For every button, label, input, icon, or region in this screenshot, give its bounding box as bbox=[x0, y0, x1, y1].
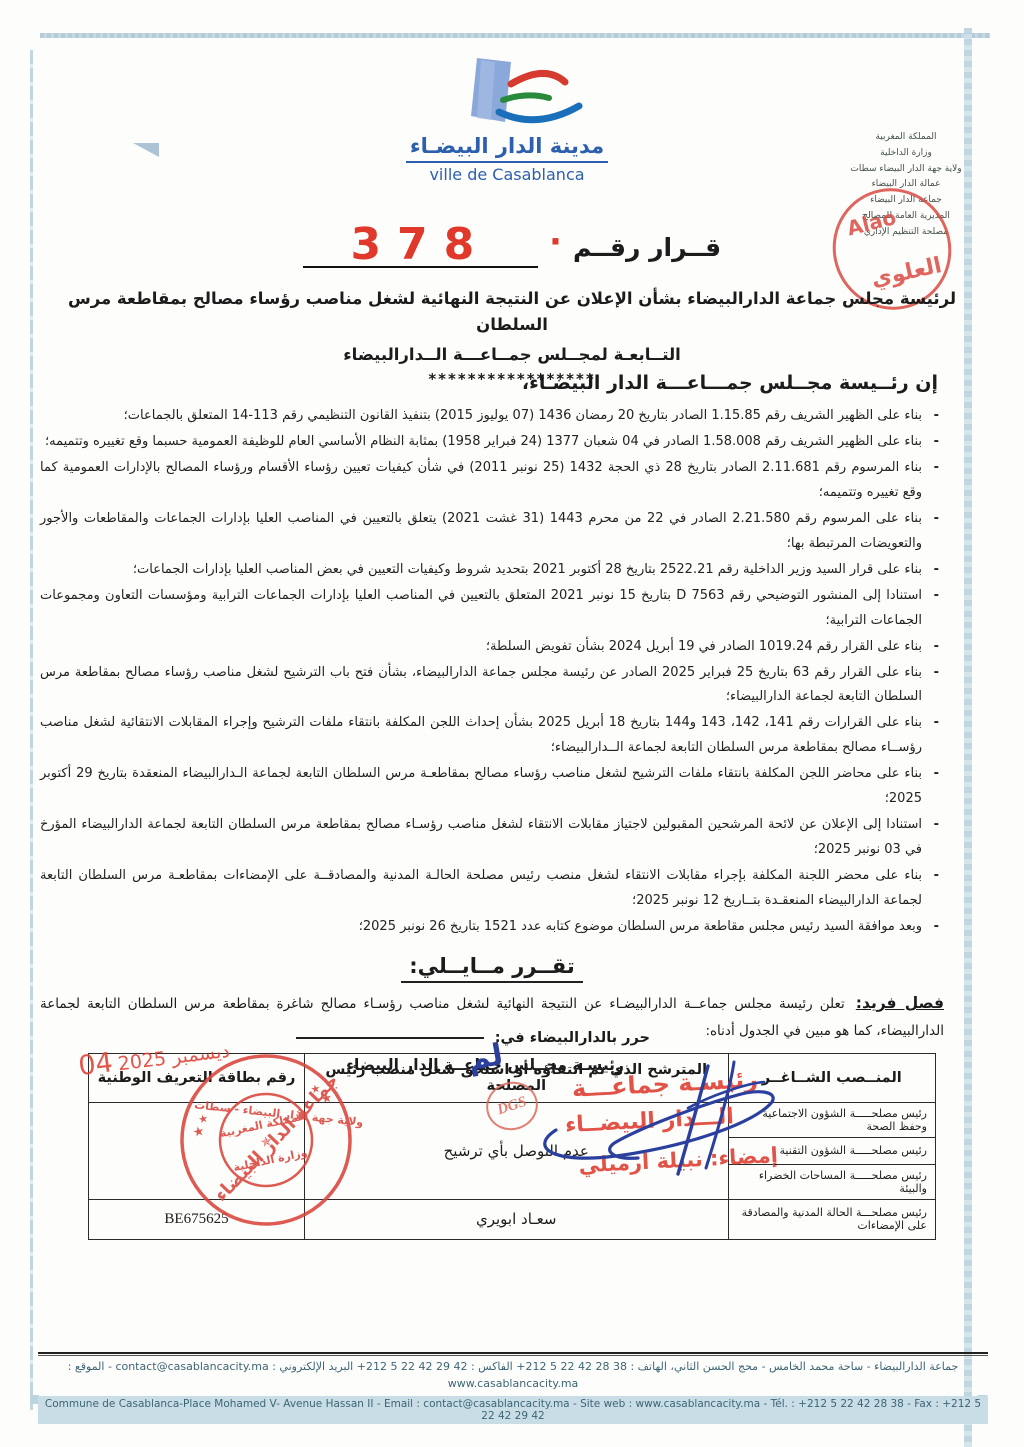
consideration-item: بناء على الظهير الشريف رقم 1.15.85 الصاد… bbox=[40, 404, 922, 429]
decree-heading: تقــرر مــايــلي: bbox=[40, 954, 944, 978]
consideration-item: بناء على المرسوم رقم 2.21.580 الصادر في … bbox=[40, 507, 922, 557]
svg-text:★: ★ bbox=[197, 1112, 209, 1127]
footer-contact-french: Commune de Casablanca-Place Mohamed V- A… bbox=[38, 1396, 988, 1424]
consideration-item: بناء على قرار السيد وزير الداخلية رقم 25… bbox=[40, 558, 922, 583]
consideration-item: وبعد موافقة السيد رئيس مجلس مقاطعة مرس ا… bbox=[40, 915, 922, 940]
casablanca-logo-icon bbox=[407, 56, 607, 134]
title-line-1: لرئيسة مجلس جماعة الدارالبيضاء بشأن الإع… bbox=[60, 286, 964, 339]
date-stamp-day: 04 bbox=[77, 1047, 115, 1082]
logo-city-name-arabic: مدينة الدار البيضـاء bbox=[406, 134, 608, 163]
blue-ink-mark: لم bbox=[465, 1037, 505, 1078]
consideration-item: بناء على محاضر اللجن المكلفة بانتقاء ملف… bbox=[40, 762, 922, 812]
consideration-item: استنادا إلى المنشور التوضيحي رقم D 7563 … bbox=[40, 584, 922, 634]
letterhead-wilaya: ولاية جهة الدار البيضاء سطات bbox=[806, 162, 1006, 178]
article-label: فصل فريد: bbox=[856, 994, 944, 1012]
handwritten-signature bbox=[520, 1044, 820, 1184]
red-dot-mark: · bbox=[549, 222, 562, 262]
title-line-2: التــابعـة لمجــلس جمــاعـــة الــدارالب… bbox=[60, 345, 964, 364]
city-logo: مدينة الدار البيضـاء ville de Casablanca bbox=[392, 56, 622, 184]
considerations-list: بناء على الظهير الشريف رقم 1.15.85 الصاد… bbox=[40, 404, 922, 940]
decision-label: قــرار رقــم bbox=[573, 233, 721, 262]
consideration-item: بناء على محضر اللجنة المكلفة بإجراء مقاب… bbox=[40, 864, 922, 914]
consideration-item: بناء على القرار رقم 1019.24 الصادر في 19… bbox=[40, 635, 922, 660]
preamble-heading: إن رئــيسة مجــلس جمـــاعـــة الدار البي… bbox=[40, 372, 938, 394]
document-page: مدينة الدار البيضـاء ville de Casablanca… bbox=[0, 0, 1024, 1447]
footer-divider bbox=[38, 1352, 988, 1356]
footer-contact-arabic: جماعة الدارالبيضاء - ساحة محمد الخامس - … bbox=[38, 1359, 988, 1392]
scan-border-top bbox=[40, 33, 990, 38]
logo-city-name-french: ville de Casablanca bbox=[392, 165, 622, 184]
letterhead-kingdom: المملكة المغربية bbox=[806, 130, 1006, 146]
page-footer: جماعة الدارالبيضاء - ساحة محمد الخامس - … bbox=[38, 1352, 988, 1424]
corner-fold-mark bbox=[133, 143, 159, 157]
consideration-item: بناء المرسوم رقم 2.11.681 الصادر بتاريخ … bbox=[40, 456, 922, 506]
decision-number-row: قــرار رقــم · 378 bbox=[0, 218, 1024, 262]
consideration-item: بناء على القرار رقم 63 بتاريخ 25 فبراير … bbox=[40, 661, 922, 711]
consideration-item: بناء على الظهير الشريف رقم 1.58.008 الصا… bbox=[40, 430, 922, 455]
consideration-item: بناء على القرارات رقم 141، 142، 143 و144… bbox=[40, 711, 922, 761]
letterhead-ministry: وزارة الداخلية bbox=[806, 146, 1006, 162]
vacant-position-cell: رئيس مصلحـــة الحالة المدنية والمصادقة ع… bbox=[728, 1199, 936, 1239]
decision-number-handwritten: 378 bbox=[303, 224, 538, 268]
consideration-item: استنادا إلى الإعلان عن لائحة المرشحين ال… bbox=[40, 813, 922, 863]
